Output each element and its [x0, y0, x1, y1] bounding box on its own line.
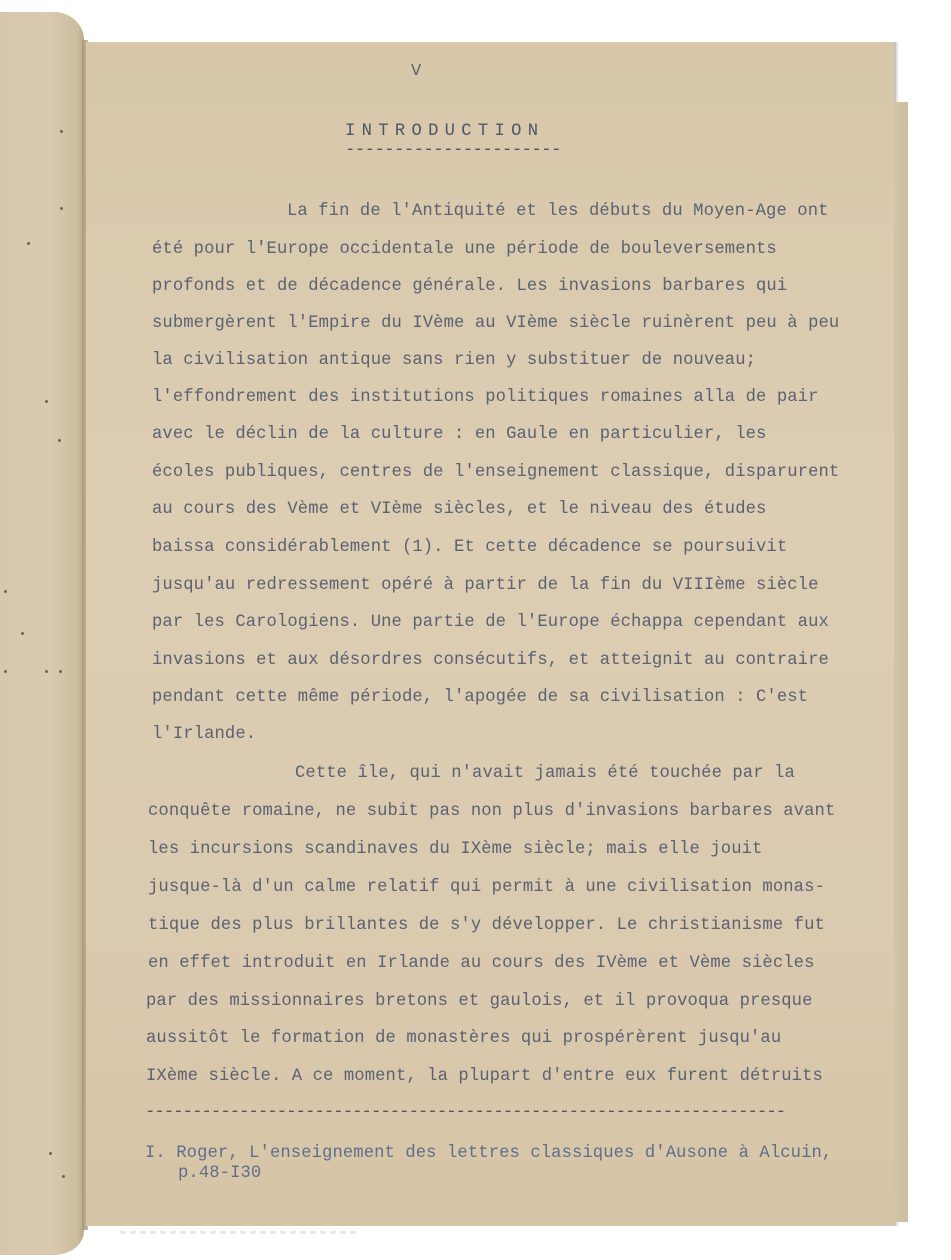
ink-speck	[45, 670, 48, 673]
text-line: au cours des Vème et VIème siècles, et l…	[152, 500, 766, 519]
ink-speck	[60, 130, 63, 133]
ink-speck	[21, 632, 24, 635]
text-line: Cette île, qui n'avait jamais été touché…	[295, 764, 795, 783]
page-number: V	[411, 62, 421, 81]
text-line: été pour l'Europe occidentale une périod…	[152, 240, 777, 259]
ink-speck	[58, 439, 61, 442]
text-line: profonds et de décadence générale. Les i…	[152, 277, 787, 296]
text-line: pendant cette même période, l'apogée de …	[152, 688, 808, 707]
text-line: aussitôt le formation de monastères qui …	[146, 1029, 781, 1048]
ink-speck	[62, 1175, 65, 1178]
left-page	[0, 12, 84, 1255]
title-underline: ----------------------	[345, 141, 561, 160]
text-line: tique des plus brillantes de s'y dévelop…	[148, 916, 825, 935]
text-line: jusqu'au redressement opéré à partir de …	[152, 576, 819, 595]
ink-speck	[45, 400, 48, 403]
text-line: conquête romaine, ne subit pas non plus …	[148, 802, 835, 821]
text-line: l'Irlande.	[152, 725, 256, 744]
text-line: par les Carologiens. Une partie de l'Eur…	[152, 613, 829, 632]
text-line: les incursions scandinaves du IXème sièc…	[148, 840, 762, 859]
text-line: jusque-là d'un calme relatif qui permit …	[148, 878, 825, 897]
footnote-line: I. Roger, L'enseignement des lettres cla…	[145, 1144, 832, 1163]
ink-speck	[27, 242, 30, 245]
text-line: baissa considérablement (1). Et cette dé…	[152, 538, 787, 557]
text-line: La fin de l'Antiquité et les débuts du M…	[287, 202, 829, 221]
text-line: IXème siècle. A ce moment, la plupart d'…	[146, 1067, 823, 1086]
text-line: invasions et aux désordres consécutifs, …	[152, 651, 829, 670]
page-edge-shadow	[120, 1231, 360, 1234]
text-line: par des missionnaires bretons et gaulois…	[146, 992, 813, 1011]
ink-speck	[4, 590, 7, 593]
text-line: écoles publiques, centres de l'enseignem…	[152, 463, 839, 482]
text-line: submergèrent l'Empire du IVème au VIème …	[152, 314, 839, 333]
text-line: l'effondrement des institutions politiqu…	[152, 388, 819, 407]
footnote-line: p.48-I30	[178, 1164, 261, 1183]
text-line: en effet introduit en Irlande au cours d…	[148, 954, 815, 973]
page-title: INTRODUCTION	[345, 122, 544, 141]
text-line: la civilisation antique sans rien y subs…	[152, 351, 756, 370]
footnote-separator: ----------------------------------------…	[145, 1103, 785, 1122]
ink-speck	[49, 1152, 52, 1155]
ink-speck	[4, 670, 7, 673]
ink-speck	[59, 670, 62, 673]
text-line: avec le déclin de la culture : en Gaule …	[152, 425, 766, 444]
ink-speck	[60, 207, 63, 210]
